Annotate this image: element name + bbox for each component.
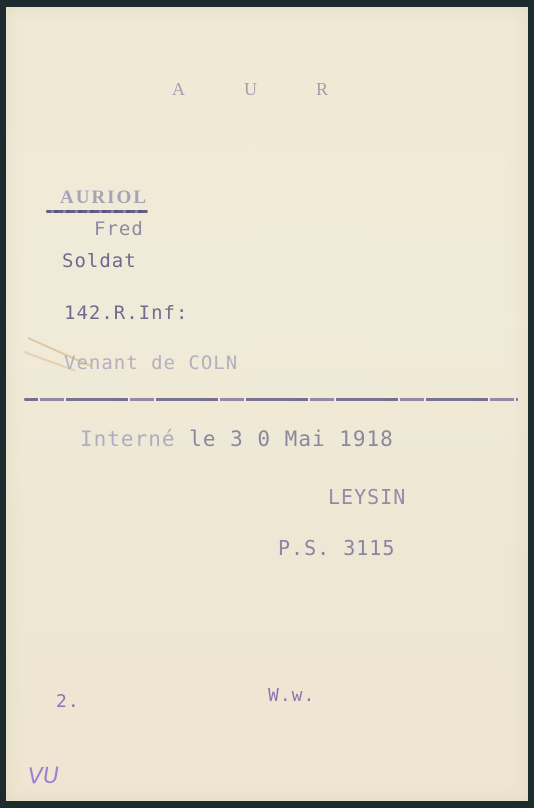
index-number: 2. (56, 691, 80, 712)
rank: Soldat (62, 250, 137, 272)
interned-line: Interné le 3 0 Mai 1918 (80, 427, 394, 451)
location: LEYSIN (328, 485, 406, 509)
interned-label: Interné (80, 427, 176, 451)
header-letter: U (244, 79, 316, 100)
interned-date: le 3 0 Mai 1918 (189, 427, 394, 451)
first-name: Fred (94, 218, 144, 240)
origin: Venant de COLN (64, 352, 238, 374)
header-letter: R (316, 79, 388, 100)
surname: AURIOL (60, 187, 148, 209)
typed-divider-line (24, 398, 518, 401)
regiment: 142.R.Inf: (64, 302, 188, 324)
surname-underline (46, 210, 148, 213)
ps-number: P.S. 3115 (278, 536, 395, 560)
header-letters: AUR (172, 79, 388, 100)
header-letter: A (172, 79, 244, 100)
index-card: AUR AURIOL Fred Soldat 142.R.Inf: Venant… (6, 7, 528, 801)
handwritten-vu-mark: VU (28, 763, 60, 789)
initials: W.w. (268, 685, 315, 706)
